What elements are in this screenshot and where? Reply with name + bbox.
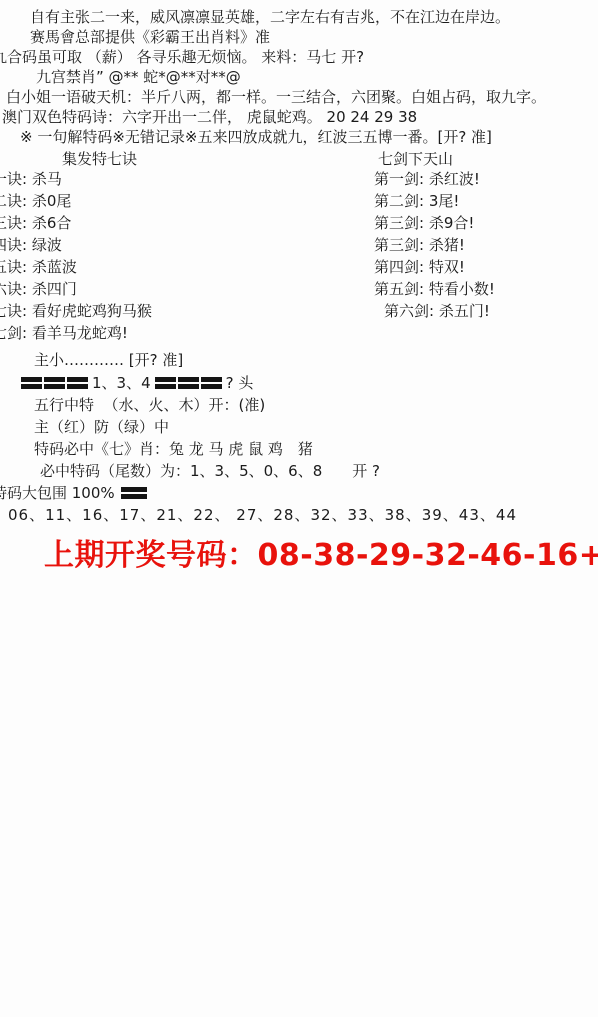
coverage-text: 特码大包围 100% xyxy=(0,484,115,502)
sword-item-5: 第四剑: 特双! xyxy=(372,257,598,279)
jue-item-5: 五诀: 杀蓝波 xyxy=(0,257,372,279)
black-bar-icon xyxy=(121,487,147,499)
intro-baixiaojie-line: 白小姐一语破天机：半斤八两，都一样。一三结合，六团聚。白姐占码，取九字。 xyxy=(0,87,598,107)
lottery-tip-sheet: 自有主张二一来，威风凛凛显英雄，二字左右有吉兆，不在江边在岸边。 赛馬會总部提供… xyxy=(0,0,598,1017)
intro-jiuhe-line: 九合码虽可取 （薪） 各寻乐趣无烦恼。 来料：马七 开? xyxy=(0,47,598,67)
jue-item-1: 一诀: 杀马 xyxy=(0,169,372,191)
sword-item-2: 第二剑: 3尾! xyxy=(372,191,598,213)
black-bar-icon xyxy=(21,377,42,389)
black-bar-icon xyxy=(155,377,176,389)
intro-jiete-line: ※ 一句解特码※无错记录※五来四放成就九，红波三五博一番。[开? 准] xyxy=(0,127,598,147)
zhufang-line: 主（红）防（绿）中 xyxy=(0,417,598,439)
black-bar-icon xyxy=(67,377,88,389)
intro-jiugong-line: 九宫禁肖” @** 蛇*@**对**@ xyxy=(0,67,598,87)
black-bar-icon xyxy=(44,377,65,389)
sword-item-1: 第一剑: 杀红波! xyxy=(372,169,598,191)
sword-item-4: 第三剑: 杀猪! xyxy=(372,235,598,257)
intro-provider-line: 赛馬會总部提供《彩霸王出肖料》准 xyxy=(0,27,598,47)
column-right-title: 七剑下天山 xyxy=(372,149,598,169)
coverage-line: 特码大包围 100% xyxy=(0,483,598,505)
zhuxiao-line: 主小………… [开? 准] xyxy=(0,350,598,372)
bizhong-xiao-line: 特码必中《七》肖：兔 龙 马 虎 鼠 鸡 猪 xyxy=(0,439,598,461)
bizhong-weishu-line: 必中特码（尾数）为：1、3、5、0、6、8 开 ? xyxy=(0,461,598,483)
two-column-section: 集发特七诀 一诀: 杀马 二诀: 杀0尾 三诀: 杀6合 四诀: 绿波 五诀: … xyxy=(0,149,598,345)
column-qijian-xiatianshan: 七剑下天山 第一剑: 杀红波! 第二剑: 3尾! 第三剑: 杀9合! 第三剑: … xyxy=(372,149,598,345)
column-jifa-teqijue: 集发特七诀 一诀: 杀马 二诀: 杀0尾 三诀: 杀6合 四诀: 绿波 五诀: … xyxy=(0,149,372,345)
column-left-title: 集发特七诀 xyxy=(0,149,372,169)
sword-item-7: 第六剑: 杀五门! xyxy=(372,301,598,323)
jue-item-4: 四诀: 绿波 xyxy=(0,235,372,257)
intro-aomen-line: 澳门双色特码诗：六字开出一二伴， 虎鼠蛇鸡。 20 24 29 38 xyxy=(0,107,598,127)
sword-item-6: 第五剑: 特看小数! xyxy=(372,279,598,301)
wuxing-line: 五行中特 （水、火、木）开：(准) xyxy=(0,395,598,417)
jue-item-6: 六诀: 杀四门 xyxy=(0,279,372,301)
jue-item-7: 七诀: 看好虎蛇鸡狗马猴 xyxy=(0,301,372,323)
black-bar-icon xyxy=(178,377,199,389)
jue-item-3: 三诀: 杀6合 xyxy=(0,213,372,235)
coverage-numbers-line: 06、11、16、17、21、22、 27、28、32、33、38、39、43、… xyxy=(0,505,598,527)
sword-item-3: 第三剑: 杀9合! xyxy=(372,213,598,235)
intro-verse-line: 自有主张二一来，威风凛凛显英雄，二字左右有吉兆，不在江边在岸边。 xyxy=(0,7,598,27)
head-numbers-text: 1、3、4 xyxy=(89,374,154,392)
head-numbers-bars-line: 1、3、4? 头 xyxy=(0,373,598,395)
head-question-text: ? 头 xyxy=(223,374,257,392)
last-draw-result-line: 上期开奖号码：08-38-29-32-46-16+24 xyxy=(0,537,598,575)
jue-item-8: 七剑: 看羊马龙蛇鸡! xyxy=(0,323,372,345)
jue-item-2: 二诀: 杀0尾 xyxy=(0,191,372,213)
black-bar-icon xyxy=(201,377,222,389)
